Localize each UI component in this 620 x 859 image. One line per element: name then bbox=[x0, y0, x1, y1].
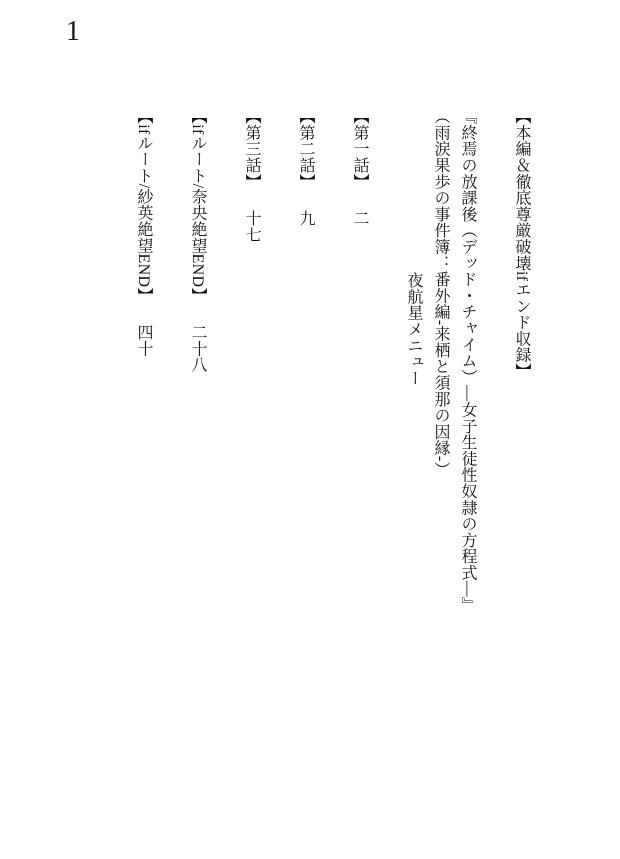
document-page: 1 【本編＆徹底尊厳破壊ifエンド収録】 『終焉の放課後（デッド・チャイム）―女… bbox=[0, 0, 620, 859]
toc-header: 【本編＆徹底尊厳破壊ifエンド収録】 bbox=[508, 108, 535, 798]
toc-entry: 【ifルート/奈央絶望END】二十八 bbox=[184, 108, 211, 798]
toc-entry-page: 九 bbox=[297, 210, 314, 226]
toc-entry-label: 【ifルート/紗英絶望END】 bbox=[135, 108, 152, 304]
toc-entry-page: 四十 bbox=[135, 324, 152, 357]
toc-entry-label: 【第一話】 bbox=[351, 108, 368, 190]
menu-label: 夜航星メニュー bbox=[400, 108, 427, 798]
toc-entry: 【第三話】十七 bbox=[238, 108, 265, 798]
toc-entry-page: 十七 bbox=[243, 210, 260, 243]
toc-entry: 【第二話】九 bbox=[292, 108, 319, 798]
page-number: 1 bbox=[66, 18, 80, 46]
toc-entry-label: 【第三話】 bbox=[243, 108, 260, 190]
toc-entry: 【ifルート/紗英絶望END】四十 bbox=[130, 108, 157, 798]
toc-entry-label: 【第二話】 bbox=[297, 108, 314, 190]
book-subtitle: （雨涙果歩の事件簿：番外編-来栖と須那の因縁-） bbox=[427, 108, 454, 798]
toc-entry-page: 二 bbox=[351, 210, 368, 226]
toc-entry-page: 二十八 bbox=[189, 324, 206, 373]
table-of-contents: 【本編＆徹底尊厳破壊ifエンド収録】 『終焉の放課後（デッド・チャイム）―女子生… bbox=[130, 108, 535, 798]
book-title: 『終焉の放課後（デッド・チャイム）―女子生徒性奴隷の方程式―』 bbox=[454, 108, 481, 798]
toc-entry: 【第一話】二 bbox=[346, 108, 373, 798]
toc-entry-label: 【ifルート/奈央絶望END】 bbox=[189, 108, 206, 304]
